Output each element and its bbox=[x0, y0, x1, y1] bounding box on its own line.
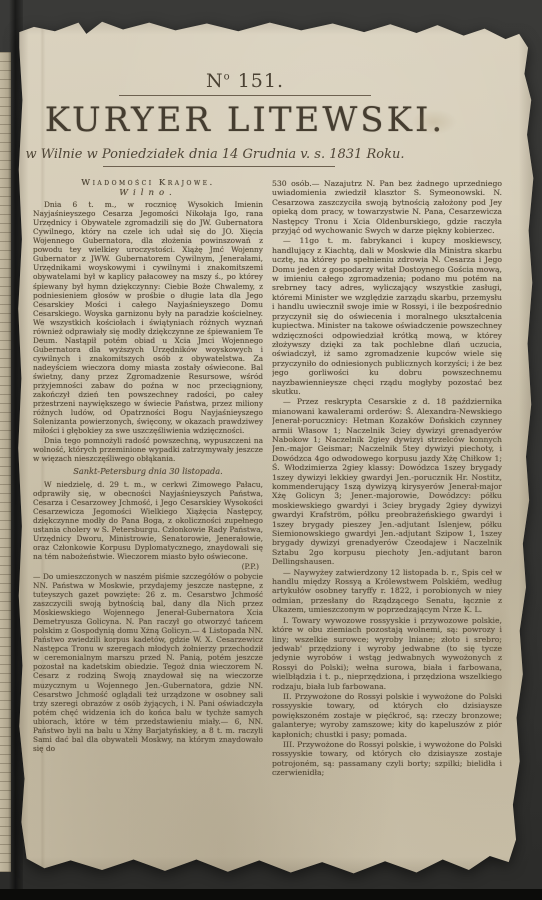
paper-sheet: No 151. KURYER LITEWSKI. w Wilnie w Poni… bbox=[13, 13, 537, 883]
issue-number-prefix: N bbox=[206, 70, 224, 92]
issue-number: No 151. bbox=[19, 70, 471, 92]
news-paragraph: — 11go t. m. fabrykanci i kupcy moskiews… bbox=[272, 236, 502, 396]
news-paragraph: W niedzielę, d. 29 t. m., w cerkwi Zimow… bbox=[33, 480, 263, 561]
dateline-rule bbox=[103, 166, 335, 167]
news-paragraph: — Do umieszczonych w naszém piśmie szcze… bbox=[33, 572, 263, 753]
news-paragraph: 530 osób.— Nazajutrz N. Pan bez żadnego … bbox=[272, 179, 502, 235]
news-paragraph: — Przez reskrypta Cesarskie z d. 18 paźd… bbox=[272, 397, 502, 566]
newspaper-scan-background: { "scan": { "issue_prefix": "N", "issue_… bbox=[0, 0, 542, 900]
issue-number-rule bbox=[119, 95, 371, 96]
masthead-block: No 151. KURYER LITEWSKI. w Wilnie w Poni… bbox=[19, 13, 471, 167]
left-column: Wiadomości Krajowe. Wilno. Dnia 6 t. m.,… bbox=[33, 179, 263, 815]
petersburg-dateline-header: Sankt-Petersburg dnia 30 listopada. bbox=[33, 467, 263, 476]
news-paragraph: Dnia tego pomnożyli radość powszechną, w… bbox=[33, 436, 263, 463]
pp-source-mark: (P.P.) bbox=[33, 562, 263, 571]
section-header-domestic-news: Wiadomości Krajowe. bbox=[33, 179, 263, 188]
masthead-title: KURYER LITEWSKI. bbox=[19, 100, 471, 140]
issue-number-value: 151. bbox=[238, 70, 284, 92]
news-paragraph: — Naywyżey zatwierdzony 12 listopada b. … bbox=[272, 568, 502, 615]
news-paragraph: II. Przywożone do Rossyi polskie i wywoż… bbox=[272, 692, 502, 739]
scanner-bed-bottom-band bbox=[0, 889, 542, 900]
article-columns: Wiadomości Krajowe. Wilno. Dnia 6 t. m.,… bbox=[33, 179, 503, 815]
paper-stain bbox=[411, 109, 457, 135]
issue-number-sup: o bbox=[224, 72, 231, 83]
news-paragraph: III. Przywożone do Rossyi polskie, i wyw… bbox=[272, 740, 502, 778]
news-paragraph: Dnia 6 t. m., w rocznicę Wysokich Imieni… bbox=[33, 200, 263, 435]
dateline: w Wilnie w Poniedziałek dnia 14 Grudnia … bbox=[19, 147, 411, 162]
place-header-wilno: Wilno. bbox=[33, 189, 263, 198]
right-column: 530 osób.— Nazajutrz N. Pan bez żadnego … bbox=[272, 179, 502, 815]
paper-sheet-wrap: No 151. KURYER LITEWSKI. w Wilnie w Poni… bbox=[13, 13, 537, 883]
paper-stain bbox=[483, 573, 513, 743]
news-paragraph: I. Towary wywozowe rossyyskie i przywozo… bbox=[272, 616, 502, 691]
